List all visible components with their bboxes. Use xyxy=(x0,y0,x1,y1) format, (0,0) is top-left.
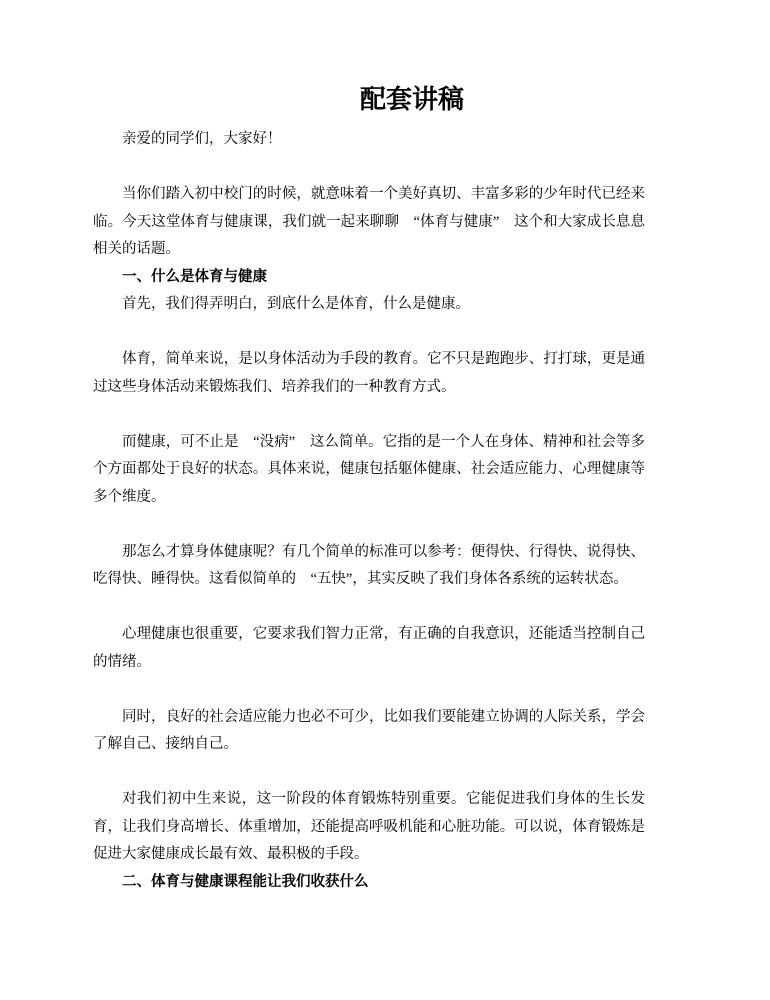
section-heading-2: 二、体育与健康课程能让我们收获什么 xyxy=(93,869,645,897)
blank-line xyxy=(93,319,645,347)
paragraph: 体育，简单来说，是以身体活动为手段的教育。它不只是跑跑步、打打球，更是通过这些身… xyxy=(93,346,645,401)
document-body: 配套讲稿亲爱的同学们，大家好！当你们踏入初中校门的时候，就意味着一个美好真切、丰… xyxy=(93,82,645,896)
paragraph: 同时，良好的社会适应能力也必不可少，比如我们要能建立协调的人际关系，学会了解自己… xyxy=(93,704,645,759)
paragraph: 心理健康也很重要，它要求我们智力正常，有正确的自我意识，还能适当控制自己的情绪。 xyxy=(93,621,645,676)
paragraph: 那怎么才算身体健康呢？有几个简单的标准可以参考：便得快、行得快、说得快、吃得快、… xyxy=(93,539,645,594)
paragraph: 亲爱的同学们，大家好！ xyxy=(93,126,645,154)
blank-line xyxy=(93,676,645,704)
blank-line xyxy=(93,401,645,429)
paragraph: 首先，我们得弄明白，到底什么是体育，什么是健康。 xyxy=(93,291,645,319)
blank-line xyxy=(93,154,645,182)
blank-line xyxy=(93,759,645,787)
blank-line xyxy=(93,511,645,539)
paragraph: 而健康，可不止是 “没病” 这么简单。它指的是一个人在身体、精神和社会等多个方面… xyxy=(93,429,645,512)
document-page: 配套讲稿亲爱的同学们，大家好！当你们踏入初中校门的时候，就意味着一个美好真切、丰… xyxy=(0,0,770,1000)
paragraph: 对我们初中生来说，这一阶段的体育锻炼特别重要。它能促进我们身体的生长发育，让我们… xyxy=(93,786,645,869)
section-heading-1: 一、什么是体育与健康 xyxy=(93,264,645,292)
paragraph: 当你们踏入初中校门的时候，就意味着一个美好真切、丰富多彩的少年时代已经来临。今天… xyxy=(93,181,645,264)
blank-line xyxy=(93,594,645,622)
document-title: 配套讲稿 xyxy=(136,82,688,118)
